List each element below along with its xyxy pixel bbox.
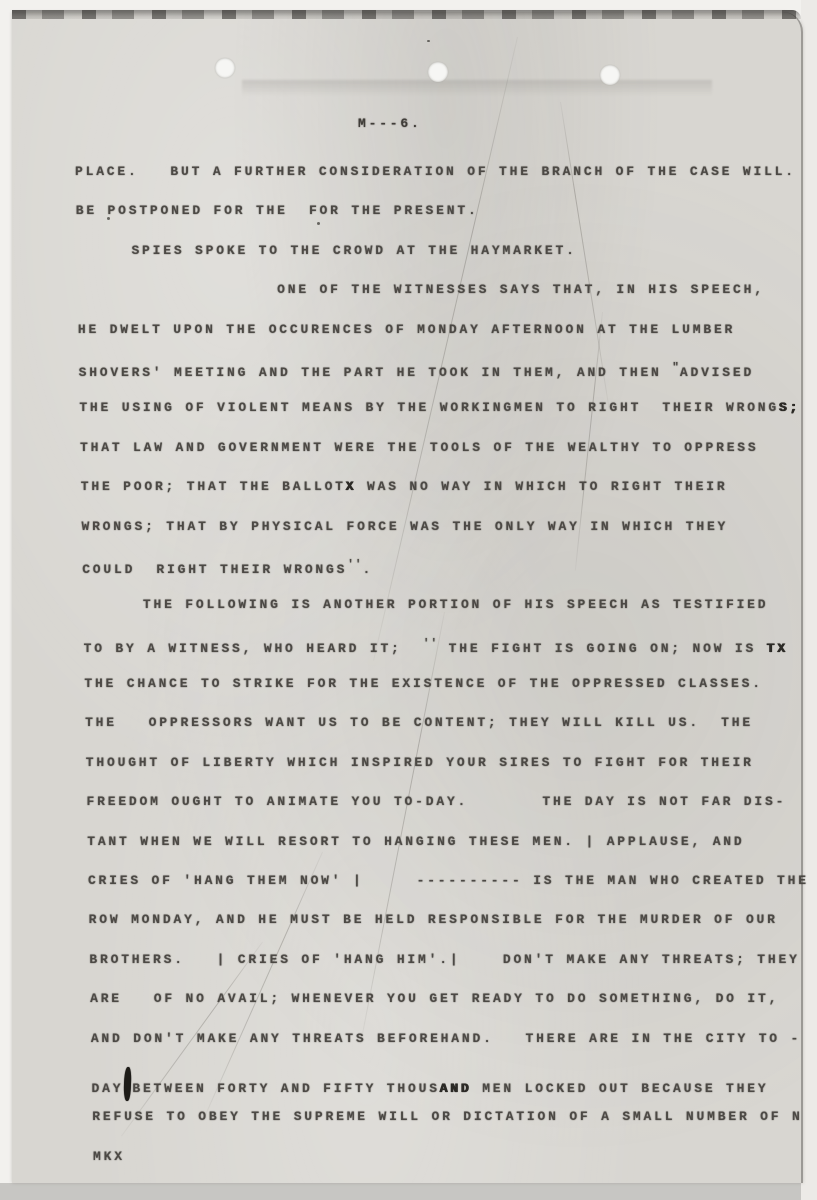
typed-text: BROTHERS. | CRIES OF 'HANG HIM'.| DON'T … <box>89 952 799 967</box>
page-top-edge-smudge <box>12 10 801 19</box>
typed-line: FREEDOM OUGHT TO ANIMATE YOU TO-DAY. THE… <box>75 782 815 821</box>
typed-text: WRONGS; THAT BY PHYSICAL FORCE WAS THE O… <box>81 519 728 534</box>
typed-text: BE POSTPONED FOR THE FOR THE PRESENT. <box>76 203 479 218</box>
typed-line: BROTHERS. | CRIES OF 'HANG HIM'.| DON'T … <box>75 940 815 979</box>
typed-line: MKX <box>75 1137 815 1176</box>
punch-hole <box>600 65 620 85</box>
typed-text: '' <box>423 638 438 650</box>
typed-text: TO BY A WITNESS, WHO HEARD IT; <box>84 641 423 656</box>
paper-speck <box>427 40 430 42</box>
typed-line: REFUSE TO OBEY THE SUPREME WILL OR DICTA… <box>75 1097 815 1136</box>
typed-text: FREEDOM OUGHT TO ANIMATE YOU TO-DAY. THE… <box>87 794 787 809</box>
typed-text: THAT LAW AND GOVERNMENT WERE THE TOOLS O… <box>80 440 758 455</box>
typed-line: BE POSTPONED FOR THE FOR THE PRESENT. <box>75 191 815 230</box>
typed-text: . <box>362 562 373 577</box>
overstruck-text: AND <box>440 1081 472 1096</box>
typed-text: ARE OF NO AVAIL; WHENEVER YOU GET READY … <box>90 991 779 1006</box>
typed-text: REFUSE TO OBEY THE SUPREME WILL OR DICTA… <box>92 1109 802 1124</box>
document-page: M---6. PLACE. BUT A FURTHER CONSIDERATIO… <box>12 12 803 1183</box>
typed-line: TANT WHEN WE WILL RESORT TO HANGING THES… <box>75 822 815 861</box>
typed-line: AND DON'T MAKE ANY THREATS BEFOREHAND. T… <box>75 1019 815 1058</box>
typed-text: THOUGHT OF LIBERTY WHICH INSPIRED YOUR S… <box>86 755 754 770</box>
typed-text: ROW MONDAY, AND HE MUST BE HELD RESPONSI… <box>89 912 778 927</box>
typed-text: ONE OF THE WITNESSES SAYS THAT, IN HIS S… <box>277 282 765 297</box>
typed-text: THE POOR; THAT THE BALLOT <box>81 479 346 494</box>
typed-text: DAY <box>92 1081 124 1096</box>
typed-line: ONE OF THE WITNESSES SAYS THAT, IN HIS S… <box>75 270 815 309</box>
punch-hole <box>428 62 448 82</box>
typed-line: THE POOR; THAT THE BALLOTX WAS NO WAY IN… <box>75 467 815 506</box>
typed-text: MEN LOCKED OUT BECAUSE THEY <box>472 1081 769 1096</box>
paper-smudge <box>242 80 712 96</box>
typed-line: SHOVERS' MEETING AND THE PART HE TOOK IN… <box>75 349 815 388</box>
typed-text: BETWEEN FORTY AND FIFTY THOUS <box>132 1081 439 1096</box>
typed-text: THE USING OF VIOLENT MEANS BY THE WORKIN… <box>79 400 779 415</box>
typed-text: COULD RIGHT THEIR WRONGS <box>82 562 347 577</box>
typed-line: ROW MONDAY, AND HE MUST BE HELD RESPONSI… <box>75 900 815 939</box>
typed-line: HE DWELT UPON THE OCCURENCES OF MONDAY A… <box>75 310 815 349</box>
typed-text: THE CHANCE TO STRIKE FOR THE EXISTENCE O… <box>84 676 762 691</box>
typed-text: ADVISED <box>680 365 754 380</box>
typed-text: MKX <box>93 1149 125 1164</box>
typed-line: CRIES OF 'HANG THEM NOW' | ---------- IS… <box>75 861 815 900</box>
typed-line: COULD RIGHT THEIR WRONGS''. <box>75 546 815 585</box>
typed-line: WRONGS; THAT BY PHYSICAL FORCE WAS THE O… <box>75 507 815 546</box>
typed-line: THE USING OF VIOLENT MEANS BY THE WORKIN… <box>75 388 815 427</box>
typed-line: DAYBETWEEN FORTY AND FIFTY THOUSAND MEN … <box>75 1058 815 1097</box>
typed-line: SPIES SPOKE TO THE CROWD AT THE HAYMARKE… <box>75 231 815 270</box>
typed-line: THOUGHT OF LIBERTY WHICH INSPIRED YOUR S… <box>75 743 815 782</box>
typed-line: THE OPPRESSORS WANT US TO BE CONTENT; TH… <box>75 703 815 742</box>
typed-text: PLACE. BUT A FURTHER CONSIDERATION OF TH… <box>75 164 796 179</box>
page-number-label: M---6. <box>358 116 422 131</box>
overstruck-text: X <box>346 479 357 494</box>
typed-text: SHOVERS' MEETING AND THE PART HE TOOK IN… <box>79 365 673 380</box>
typed-line: PLACE. BUT A FURTHER CONSIDERATION OF TH… <box>75 152 815 191</box>
punch-hole <box>215 58 235 78</box>
typed-text: HE DWELT UPON THE OCCURENCES OF MONDAY A… <box>78 322 735 337</box>
overstruck-text: TX <box>767 641 788 656</box>
typed-text: WAS NO WAY IN WHICH TO RIGHT THEIR <box>356 479 727 494</box>
scanner-bed-bottom <box>0 1183 817 1200</box>
typed-text: " <box>672 362 680 374</box>
typed-text: THE FOLLOWING IS ANOTHER PORTION OF HIS … <box>143 597 768 612</box>
typed-line: THE FOLLOWING IS ANOTHER PORTION OF HIS … <box>75 585 815 624</box>
typed-text: '' <box>347 559 362 571</box>
typed-line: TO BY A WITNESS, WHO HEARD IT; '' THE FI… <box>75 625 815 664</box>
typed-lines: PLACE. BUT A FURTHER CONSIDERATION OF TH… <box>75 152 815 1176</box>
typed-text: THE FIGHT IS GOING ON; NOW IS <box>438 641 767 656</box>
typed-text: SPIES SPOKE TO THE CROWD AT THE HAYMARKE… <box>131 243 576 258</box>
typed-line: ARE OF NO AVAIL; WHENEVER YOU GET READY … <box>75 979 815 1018</box>
typed-text: TANT WHEN WE WILL RESORT TO HANGING THES… <box>87 834 744 849</box>
typed-text: AND DON'T MAKE ANY THREATS BEFOREHAND. T… <box>91 1031 801 1046</box>
typed-text: CRIES OF 'HANG THEM NOW' | ---------- IS… <box>88 873 809 888</box>
typed-line: THAT LAW AND GOVERNMENT WERE THE TOOLS O… <box>75 428 815 467</box>
overstruck-text: S; <box>779 400 800 415</box>
typed-text: THE OPPRESSORS WANT US TO BE CONTENT; TH… <box>85 715 753 730</box>
ink-blot <box>124 1067 132 1101</box>
typed-line: THE CHANCE TO STRIKE FOR THE EXISTENCE O… <box>75 664 815 703</box>
